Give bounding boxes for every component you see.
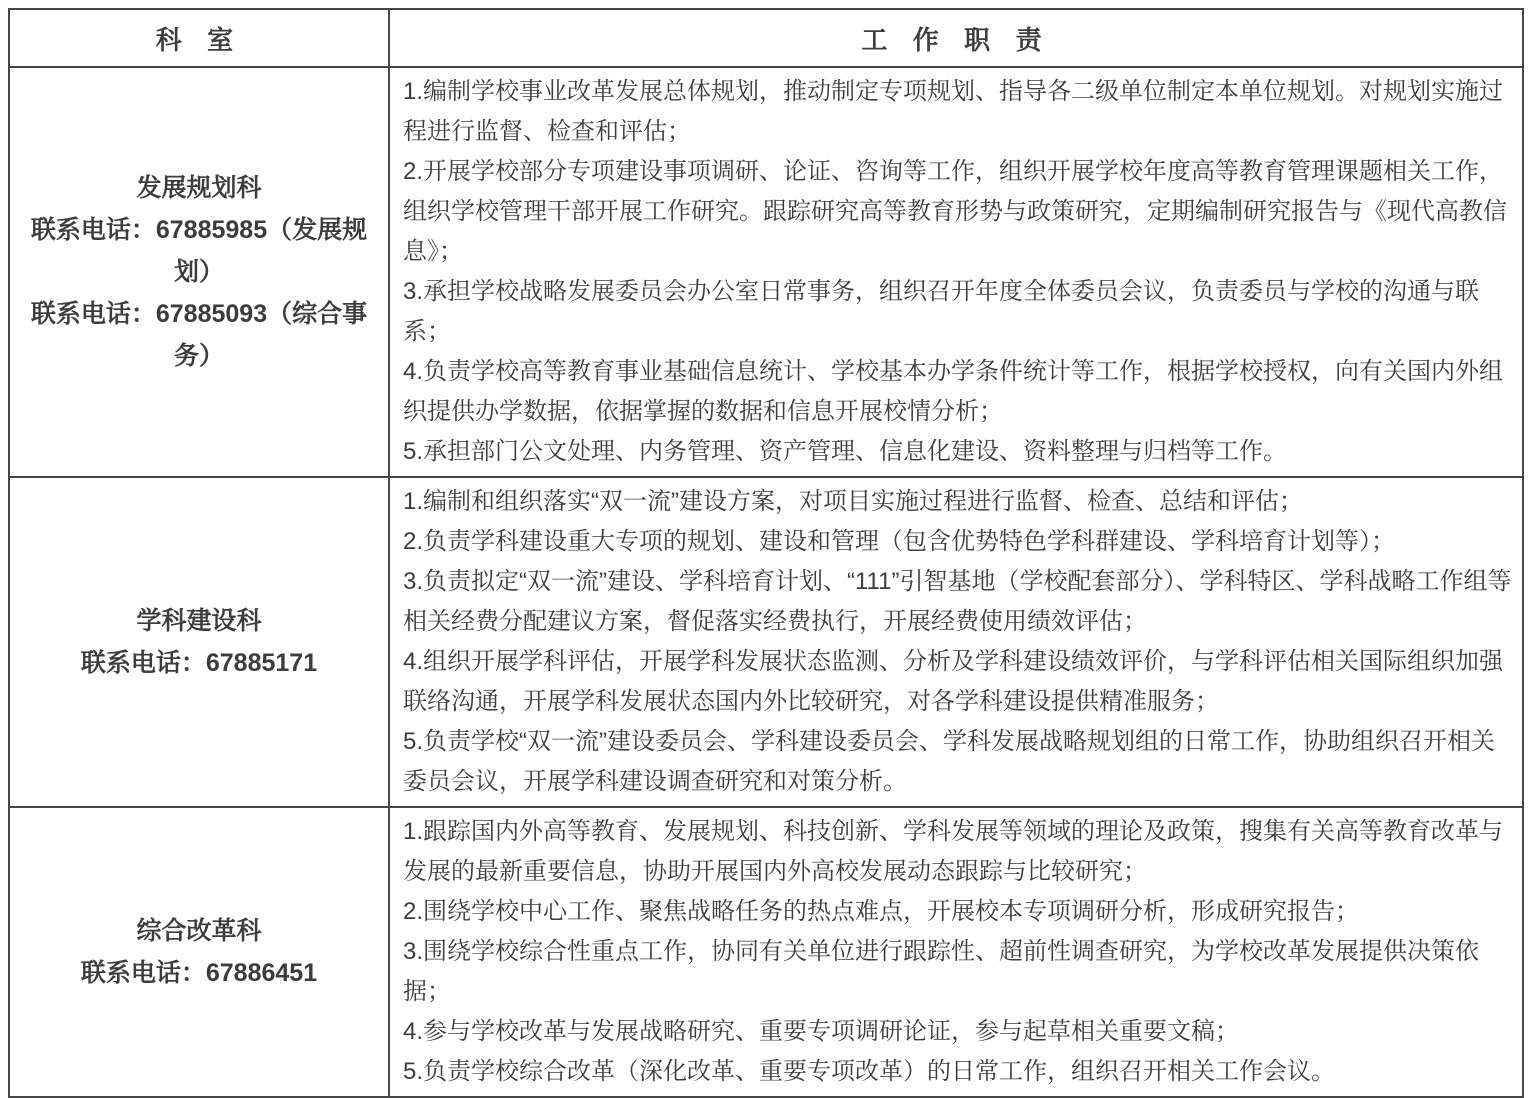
duties-cell: 1.编制和组织落实“双一流”建设方案，对项目实施过程进行监督、检查、总结和评估；… [389,477,1523,807]
dept-cell: 综合改革科 联系电话：67886451 [9,807,389,1097]
duty-item: 2.围绕学校中心工作、聚焦战略任务的热点难点，开展校本专项调研分析，形成研究报告… [403,892,1514,932]
duty-item: 4.组织开展学科评估，开展学科发展状态监测、分析及学科建设绩效评价，与学科评估相… [403,642,1514,722]
duty-item: 1.编制和组织落实“双一流”建设方案，对项目实施过程进行监督、检查、总结和评估； [403,482,1514,522]
dept-phone: 联系电话：67885985（发展规划） [16,209,382,293]
duty-item: 5.负责学校综合改革（深化改革、重要专项改革）的日常工作，组织召开相关工作会议。 [403,1052,1514,1092]
duty-item: 3.负责拟定“双一流”建设、学科培育计划、“111”引智基地（学校配套部分）、学… [403,562,1514,642]
dept-phone: 联系电话：67885171 [16,642,382,684]
table-row: 学科建设科 联系电话：67885171 1.编制和组织落实“双一流”建设方案，对… [9,477,1523,807]
duty-item: 4.负责学校高等教育事业基础信息统计、学校基本办学条件统计等工作，根据学校授权，… [403,352,1514,432]
table-row: 综合改革科 联系电话：67886451 1.跟踪国内外高等教育、发展规划、科技创… [9,807,1523,1097]
dept-name: 学科建设科 [16,600,382,642]
dept-phone: 联系电话：67885093（综合事务） [16,293,382,377]
duty-item: 1.编制学校事业改革发展总体规划，推动制定专项规划、指导各二级单位制定本单位规划… [403,72,1514,152]
duty-item: 4.参与学校改革与发展战略研究、重要专项调研论证，参与起草相关重要文稿； [403,1012,1514,1052]
duties-cell: 1.编制学校事业改革发展总体规划，推动制定专项规划、指导各二级单位制定本单位规划… [389,67,1523,477]
dept-cell: 学科建设科 联系电话：67885171 [9,477,389,807]
dept-name: 发展规划科 [16,167,382,209]
duty-item: 5.承担部门公文处理、内务管理、资产管理、信息化建设、资料整理与归档等工作。 [403,432,1514,472]
dept-cell: 发展规划科 联系电话：67885985（发展规划） 联系电话：67885093（… [9,67,389,477]
table-header-row: 科 室 工 作 职 责 [9,9,1523,67]
duty-item: 5.负责学校“双一流”建设委员会、学科建设委员会、学科发展战略规划组的日常工作，… [403,722,1514,802]
document-page: 科 室 工 作 职 责 发展规划科 联系电话：67885985（发展规划） 联系… [0,0,1532,954]
department-duties-table: 科 室 工 作 职 责 发展规划科 联系电话：67885985（发展规划） 联系… [8,8,1524,1098]
dept-name: 综合改革科 [16,910,382,952]
dept-phone: 联系电话：67886451 [16,952,382,994]
duty-item: 1.跟踪国内外高等教育、发展规划、科技创新、学科发展等领域的理论及政策，搜集有关… [403,812,1514,892]
duty-item: 2.负责学科建设重大专项的规划、建设和管理（包含优势特色学科群建设、学科培育计划… [403,522,1514,562]
table-row: 发展规划科 联系电话：67885985（发展规划） 联系电话：67885093（… [9,67,1523,477]
duty-item: 3.承担学校战略发展委员会办公室日常事务，组织召开年度全体委员会议，负责委员与学… [403,272,1514,352]
duties-cell: 1.跟踪国内外高等教育、发展规划、科技创新、学科发展等领域的理论及政策，搜集有关… [389,807,1523,1097]
column-header-department: 科 室 [9,9,389,67]
duty-item: 2.开展学校部分专项建设事项调研、论证、咨询等工作，组织开展学校年度高等教育管理… [403,152,1514,272]
duty-item: 3.围绕学校综合性重点工作，协同有关单位进行跟踪性、超前性调查研究，为学校改革发… [403,932,1514,1012]
column-header-duties: 工 作 职 责 [389,9,1523,67]
